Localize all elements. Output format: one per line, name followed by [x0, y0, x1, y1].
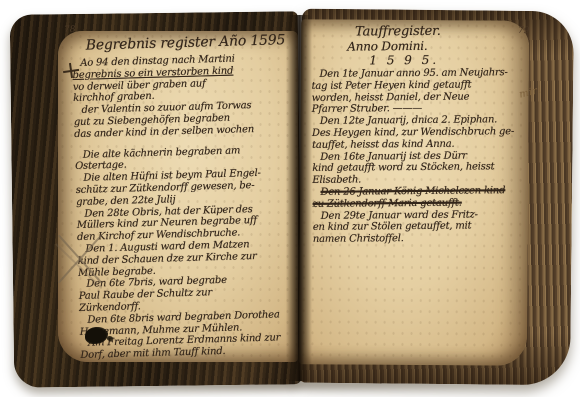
manuscript-line: Den 26 Januar König Michelczen kind: [320, 185, 520, 199]
manuscript-line: kind getaufft word zu Stöcken, heisst: [312, 161, 520, 175]
right-page-heading-3: 1 5 9 5.: [369, 52, 519, 68]
x-mark-stroke: [55, 243, 102, 289]
ink-cross-mark: [62, 62, 80, 79]
manuscript-line: Den 1te Januar anno 95. am Neujahrs-: [319, 67, 519, 81]
left-page-entries: Ao 94 den dinstag nach Martinibegrebnis …: [72, 52, 296, 362]
manuscript-line: Des Heygen kind, zur Wendischbruch ge-: [312, 126, 520, 140]
right-page-text: Tauffregister. Anno Domini. 1 5 9 5. Den…: [311, 23, 521, 246]
right-page-number: 79: [518, 26, 530, 36]
right-page-entries: Den 1te Januar anno 95. am Neujahrs-tag …: [311, 67, 521, 246]
manuscript-photo: 78 79 Begrebnis register Año 1595 Ao 94 …: [0, 0, 580, 397]
manuscript-line: namen Christoffel.: [313, 232, 521, 246]
left-page-text: Begrebnis register Año 1595 Ao 94 den di…: [72, 31, 297, 362]
pencil-x-mark: [56, 232, 104, 286]
right-page-heading-1: Tauffregister.: [355, 23, 519, 39]
right-page-heading-2: Anno Domini.: [347, 38, 519, 54]
left-page-number: 78: [64, 25, 76, 36]
